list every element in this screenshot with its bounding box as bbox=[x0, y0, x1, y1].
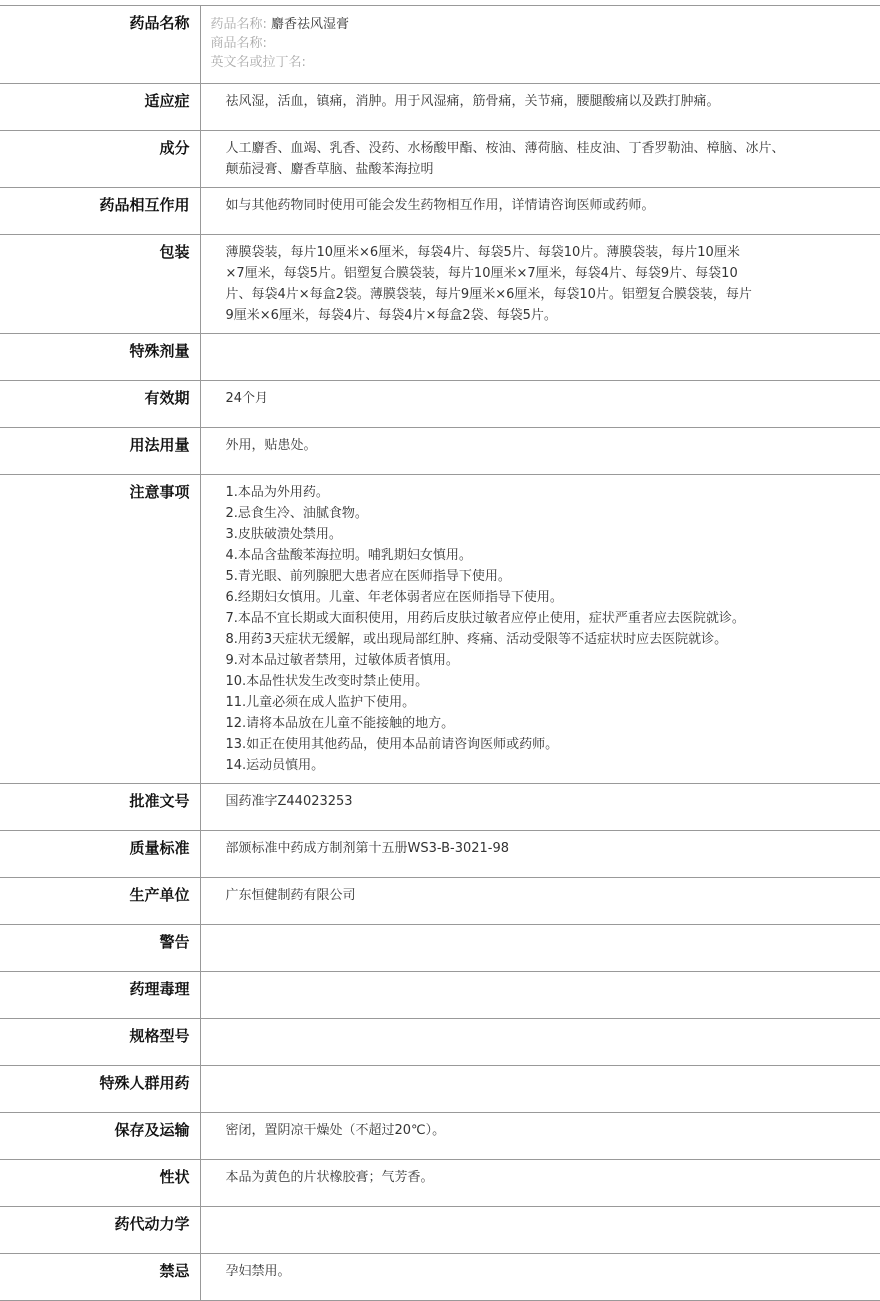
trade-name-line: 商品名称: bbox=[211, 34, 880, 53]
row-interactions: 药品相互作用 如与其他药物同时使用可能会发生药物相互作用，详情请咨询医师或药师。 bbox=[0, 188, 880, 235]
english-name-key: 英文名或拉丁名: bbox=[211, 55, 306, 70]
row-indications: 适应症 祛风湿，活血，镇痛，消肿。用于风湿痛，筋骨痛，关节痛，腰腿酸痛以及跌打肿… bbox=[0, 84, 880, 131]
precaution-item: 11.儿童必须在成人监护下使用。 bbox=[226, 692, 776, 713]
label-precautions: 注意事项 bbox=[0, 475, 200, 784]
row-special-population: 特殊人群用药 bbox=[0, 1066, 880, 1113]
precaution-item: 4.本品含盐酸苯海拉明。哺乳期妇女慎用。 bbox=[226, 545, 776, 566]
row-usage: 用法用量 外用，贴患处。 bbox=[0, 428, 880, 475]
label-interactions: 药品相互作用 bbox=[0, 188, 200, 235]
generic-name-value: 麝香祛风湿膏 bbox=[271, 17, 349, 32]
row-approval-number: 批准文号 国药准字Z44023253 bbox=[0, 784, 880, 831]
value-pharmacology bbox=[226, 979, 786, 997]
generic-name-key: 药品名称: bbox=[211, 17, 267, 32]
precaution-item: 14.运动员慎用。 bbox=[226, 755, 776, 776]
label-approval-number: 批准文号 bbox=[0, 784, 200, 831]
label-drug-name: 药品名称 bbox=[0, 6, 200, 84]
trade-name-key: 商品名称: bbox=[211, 36, 267, 51]
value-approval-number: 国药准字Z44023253 bbox=[226, 791, 786, 812]
row-precautions: 注意事项 1.本品为外用药。 2.忌食生冷、油腻食物。 3.皮肤破溃处禁用。 4… bbox=[0, 475, 880, 784]
label-special-population: 特殊人群用药 bbox=[0, 1066, 200, 1113]
value-description: 本品为黄色的片状橡胶膏；气芳香。 bbox=[226, 1167, 786, 1188]
value-special-population bbox=[226, 1073, 786, 1091]
value-quality-standard: 部颁标准中药成方制剂第十五册WS3-B-3021-98 bbox=[226, 838, 786, 859]
english-name-line: 英文名或拉丁名: bbox=[211, 53, 880, 72]
value-packaging: 薄膜袋装，每片10厘米×6厘米，每袋4片、每袋5片、每袋10片。薄膜袋装，每片1… bbox=[226, 242, 756, 326]
row-ingredients: 成分 人工麝香、血竭、乳香、没药、水杨酸甲酯、桉油、薄荷脑、桂皮油、丁香罗勒油、… bbox=[0, 131, 880, 188]
row-drug-name: 药品名称 药品名称: 麝香祛风湿膏 商品名称: 英文名或拉丁名: bbox=[0, 6, 880, 84]
label-ingredients: 成分 bbox=[0, 131, 200, 188]
precaution-item: 8.用药3天症状无缓解，或出现局部红肿、疼痛、活动受限等不适症状时应去医院就诊。 bbox=[226, 629, 776, 650]
drug-spec-table: 药品名称 药品名称: 麝香祛风湿膏 商品名称: 英文名或拉丁名: 适应症 祛风湿… bbox=[0, 5, 880, 1190]
label-packaging: 包装 bbox=[0, 235, 200, 334]
value-ingredients: 人工麝香、血竭、乳香、没药、水杨酸甲酯、桉油、薄荷脑、桂皮油、丁香罗勒油、樟脑、… bbox=[226, 138, 786, 180]
row-shelf-life: 有效期 24个月 bbox=[0, 381, 880, 428]
value-special-dosage bbox=[226, 341, 786, 359]
precaution-item: 13.如正在使用其他药品，使用本品前请咨询医师或药师。 bbox=[226, 734, 776, 755]
label-manufacturer: 生产单位 bbox=[0, 878, 200, 925]
value-warning bbox=[226, 932, 786, 950]
generic-name-line: 药品名称: 麝香祛风湿膏 bbox=[211, 15, 880, 34]
value-usage: 外用，贴患处。 bbox=[226, 435, 786, 456]
row-pharmacology: 药理毒理 bbox=[0, 972, 880, 1019]
label-indications: 适应症 bbox=[0, 84, 200, 131]
precautions-list: 1.本品为外用药。 2.忌食生冷、油腻食物。 3.皮肤破溃处禁用。 4.本品含盐… bbox=[226, 482, 776, 776]
label-warning: 警告 bbox=[0, 925, 200, 972]
row-manufacturer: 生产单位 广东恒健制药有限公司 bbox=[0, 878, 880, 925]
precaution-item: 10.本品性状发生改变时禁止使用。 bbox=[226, 671, 776, 692]
value-specification bbox=[226, 1026, 786, 1044]
label-quality-standard: 质量标准 bbox=[0, 831, 200, 878]
row-quality-standard: 质量标准 部颁标准中药成方制剂第十五册WS3-B-3021-98 bbox=[0, 831, 880, 878]
precaution-item: 2.忌食生冷、油腻食物。 bbox=[226, 503, 776, 524]
label-storage: 保存及运输 bbox=[0, 1113, 200, 1160]
precaution-item: 5.青光眼、前列腺肥大患者应在医师指导下使用。 bbox=[226, 566, 776, 587]
row-specification: 规格型号 bbox=[0, 1019, 880, 1066]
label-special-dosage: 特殊剂量 bbox=[0, 334, 200, 381]
value-interactions: 如与其他药物同时使用可能会发生药物相互作用，详情请咨询医师或药师。 bbox=[226, 195, 786, 216]
label-specification: 规格型号 bbox=[0, 1019, 200, 1066]
value-indications: 祛风湿，活血，镇痛，消肿。用于风湿痛，筋骨痛，关节痛，腰腿酸痛以及跌打肿痛。 bbox=[226, 91, 826, 112]
precaution-item: 7.本品不宜长期或大面积使用，用药后皮肤过敏者应停止使用，症状严重者应去医院就诊… bbox=[226, 608, 776, 629]
row-warning: 警告 bbox=[0, 925, 880, 972]
drug-name-block: 药品名称: 麝香祛风湿膏 商品名称: 英文名或拉丁名: bbox=[200, 6, 880, 84]
precaution-item: 1.本品为外用药。 bbox=[226, 482, 776, 503]
value-storage: 密闭，置阴凉干燥处（不超过20℃）。 bbox=[226, 1120, 786, 1141]
label-shelf-life: 有效期 bbox=[0, 381, 200, 428]
value-shelf-life: 24个月 bbox=[226, 388, 786, 409]
label-description: 性状 bbox=[0, 1160, 200, 1191]
label-usage: 用法用量 bbox=[0, 428, 200, 475]
label-pharmacology: 药理毒理 bbox=[0, 972, 200, 1019]
precaution-item: 3.皮肤破溃处禁用。 bbox=[226, 524, 776, 545]
precaution-item: 12.请将本品放在儿童不能接触的地方。 bbox=[226, 713, 776, 734]
row-special-dosage: 特殊剂量 bbox=[0, 334, 880, 381]
precaution-item: 9.对本品过敏者禁用，过敏体质者慎用。 bbox=[226, 650, 776, 671]
row-description: 性状 本品为黄色的片状橡胶膏；气芳香。 bbox=[0, 1160, 880, 1191]
row-packaging: 包装 薄膜袋装，每片10厘米×6厘米，每袋4片、每袋5片、每袋10片。薄膜袋装，… bbox=[0, 235, 880, 334]
value-manufacturer: 广东恒健制药有限公司 bbox=[226, 885, 786, 906]
precaution-item: 6.经期妇女慎用。儿童、年老体弱者应在医师指导下使用。 bbox=[226, 587, 776, 608]
row-storage: 保存及运输 密闭，置阴凉干燥处（不超过20℃）。 bbox=[0, 1113, 880, 1160]
